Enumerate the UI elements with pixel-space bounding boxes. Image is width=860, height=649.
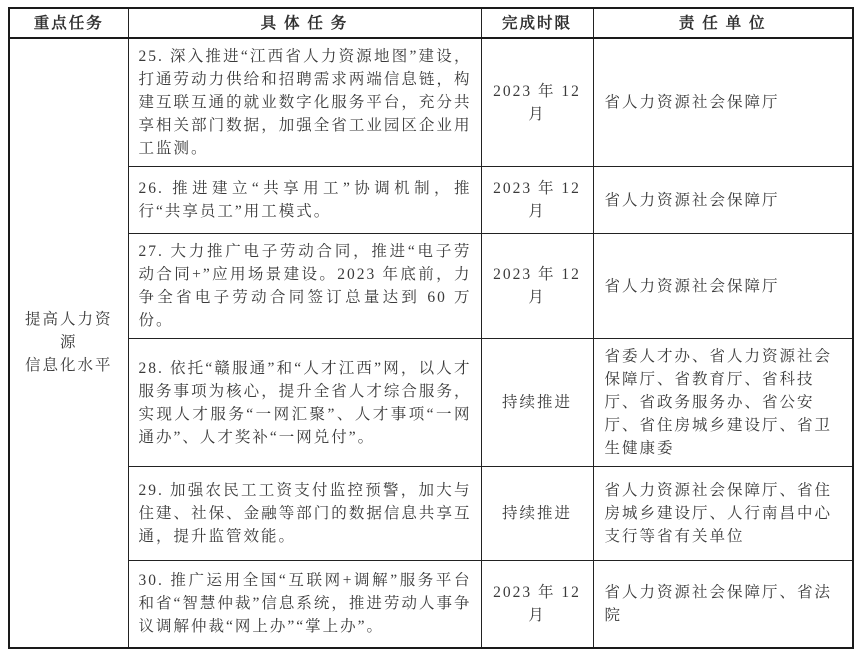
table-row: 29. 加强农民工工资支付监控预警，加大与住建、社保、金融等部门的数据信息共享互… <box>9 467 853 561</box>
task-cell: 29. 加强农民工工资支付监控预警，加大与住建、社保、金融等部门的数据信息共享互… <box>128 467 481 561</box>
task-cell: 25. 深入推进“江西省人力资源地图”建设，打通劳动力供给和招聘需求两端信息链，… <box>128 38 481 167</box>
table-row: 28. 依托“赣服通”和“人才江西”网，以人才服务事项为核心，提升全省人才综合服… <box>9 339 853 467</box>
unit-cell: 省委人才办、省人力资源社会保障厅、省教育厅、省科技厅、省政务服务办、省公安厅、省… <box>593 339 853 467</box>
table-row: 27. 大力推广电子劳动合同，推进“电子劳动合同+”应用场景建设。2023 年底… <box>9 234 853 339</box>
header-deadline: 完成时限 <box>481 8 593 38</box>
task-cell: 27. 大力推广电子劳动合同，推进“电子劳动合同+”应用场景建设。2023 年底… <box>128 234 481 339</box>
table-row: 26. 推进建立“共享用工”协调机制，推行“共享员工”用工模式。 2023 年 … <box>9 167 853 234</box>
unit-cell: 省人力资源社会保障厅、省法院 <box>593 561 853 648</box>
table-header-row: 重点任务 具 体 任 务 完成时限 责 任 单 位 <box>9 8 853 38</box>
table-row: 30. 推广运用全国“互联网+调解”服务平台和省“智慧仲裁”信息系统，推进劳动人… <box>9 561 853 648</box>
deadline-cell: 持续推进 <box>481 467 593 561</box>
deadline-cell: 2023 年 12 月 <box>481 561 593 648</box>
category-cell: 提高人力资源 信息化水平 <box>9 38 128 648</box>
deadline-cell: 持续推进 <box>481 339 593 467</box>
tasks-table: 重点任务 具 体 任 务 完成时限 责 任 单 位 提高人力资源 信息化水平 2… <box>8 7 854 649</box>
header-unit: 责 任 单 位 <box>593 8 853 38</box>
deadline-cell: 2023 年 12 月 <box>481 167 593 234</box>
task-cell: 30. 推广运用全国“互联网+调解”服务平台和省“智慧仲裁”信息系统，推进劳动人… <box>128 561 481 648</box>
deadline-cell: 2023 年 12 月 <box>481 38 593 167</box>
unit-cell: 省人力资源社会保障厅 <box>593 38 853 167</box>
task-cell: 26. 推进建立“共享用工”协调机制，推行“共享员工”用工模式。 <box>128 167 481 234</box>
header-specific-task: 具 体 任 务 <box>128 8 481 38</box>
unit-cell: 省人力资源社会保障厅、省住房城乡建设厅、人行南昌中心支行等省有关单位 <box>593 467 853 561</box>
deadline-cell: 2023 年 12 月 <box>481 234 593 339</box>
document-page: { "table": { "headers": { "key_task": "重… <box>0 0 860 598</box>
header-key-task: 重点任务 <box>9 8 128 38</box>
table-row: 提高人力资源 信息化水平 25. 深入推进“江西省人力资源地图”建设，打通劳动力… <box>9 38 853 167</box>
unit-cell: 省人力资源社会保障厅 <box>593 234 853 339</box>
unit-cell: 省人力资源社会保障厅 <box>593 167 853 234</box>
task-cell: 28. 依托“赣服通”和“人才江西”网，以人才服务事项为核心，提升全省人才综合服… <box>128 339 481 467</box>
